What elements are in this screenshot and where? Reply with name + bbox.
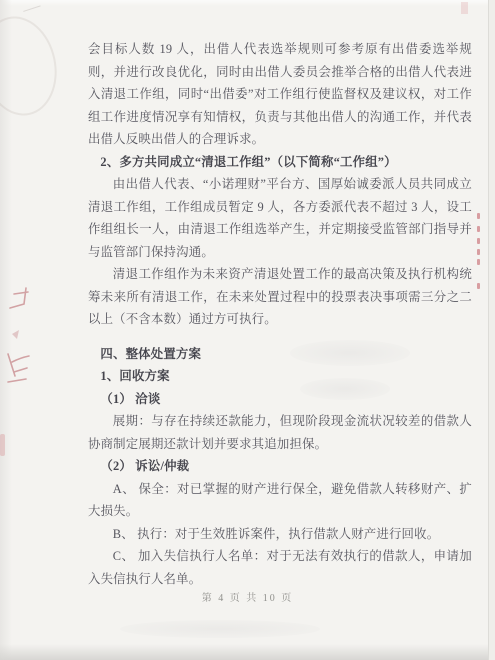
faint-red-corner-mark bbox=[461, 2, 468, 14]
document-body: 会目标人数 19 人，出借人代表选举规则可参考原有出借委选举规则，并进行改良优化… bbox=[88, 38, 472, 590]
red-edge-dot bbox=[477, 238, 480, 244]
paragraph-extension: 展期：与存在持续还款能力，但现阶段现金流状况较差的借款人协商制定展期还款计划并要… bbox=[88, 410, 472, 455]
red-edge-dot bbox=[477, 249, 480, 255]
heading-litigation: （2） 诉讼/仲裁 bbox=[88, 455, 472, 478]
paragraph-continued: 会目标人数 19 人，出借人代表选举规则可参考原有出借委选举规则，并进行改良优化… bbox=[88, 38, 472, 151]
pink-edge-mark bbox=[0, 434, 5, 456]
paragraph-item-a: A、 保全：对已掌握的财产进行保全，避免借款人转移财产、扩大损失。 bbox=[88, 478, 472, 523]
scan-edge-left bbox=[0, 0, 12, 660]
red-edge-dot bbox=[477, 283, 480, 289]
red-edge-dot bbox=[477, 213, 480, 219]
page-number: 第 4 页 共 10 页 bbox=[0, 589, 495, 604]
faint-pencil-mark bbox=[23, 5, 43, 18]
print-through-smudge bbox=[120, 620, 320, 638]
heading-section2: 2、多方共同成立“清退工作组”（以下简称“工作组”） bbox=[88, 151, 472, 174]
paragraph-workgroup-authority: 清退工作组作为未来资产清退处置工作的最高决策及执行机构统筹未来所有清退工作，在未… bbox=[88, 263, 472, 331]
paragraph-item-b: B、 执行：对于生效胜诉案件，执行借款人财产进行回收。 bbox=[88, 523, 472, 546]
red-edge-dot bbox=[477, 226, 480, 232]
scanned-document-page: 会目标人数 19 人，出借人代表选举规则可参考原有出借委选举规则，并进行改良优化… bbox=[0, 0, 495, 660]
paragraph-item-c: C、 加入失信执行人名单：对于无法有效执行的借款人，申请加入失信执行人名单。 bbox=[88, 545, 472, 590]
heading-chapter4: 四、整体处置方案 bbox=[88, 343, 472, 366]
faint-stamp-outline bbox=[0, 9, 66, 122]
scan-edge-top bbox=[0, 0, 495, 6]
paragraph-workgroup-formation: 由出借人代表、“小诺理财”平台方、国厚始诚委派人员共同成立清退工作组，工作组成员… bbox=[88, 173, 472, 263]
scan-edge-right bbox=[489, 0, 495, 660]
paper-edge-line bbox=[488, 0, 489, 660]
heading-recovery-plan: 1、回收方案 bbox=[88, 365, 472, 388]
heading-negotiation: （1） 洽谈 bbox=[88, 388, 472, 411]
red-edge-dot bbox=[477, 259, 480, 265]
red-handwriting-marks bbox=[2, 282, 38, 392]
scan-edge-bottom bbox=[0, 644, 495, 660]
